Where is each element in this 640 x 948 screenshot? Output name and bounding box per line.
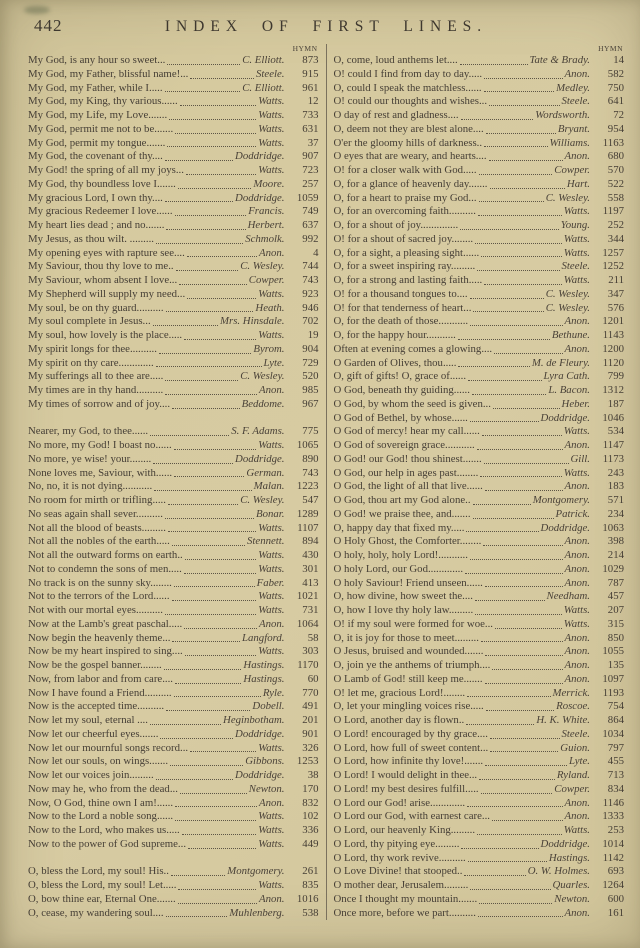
dot-leader <box>481 640 563 642</box>
first-line-text: My God, my King, thy various...... <box>28 95 178 109</box>
index-row: O, happy day that fixed my.....Doddridge… <box>334 522 625 536</box>
first-line-text: O! for a closer walk with God..... <box>334 164 477 178</box>
dot-leader <box>490 750 558 752</box>
first-line-text: Now at the Lamb's great paschal..... <box>28 618 182 632</box>
dot-leader <box>154 489 251 491</box>
index-row: O God, beneath thy guiding......L. Bacon… <box>334 384 625 398</box>
first-line-text: O, join ye the anthems of triumph.... <box>334 659 491 673</box>
index-row: Nearer, my God, to thee......S. F. Adams… <box>28 425 319 439</box>
hymn-number: 1064 <box>285 618 319 632</box>
first-line-text: O, gift of gifts! O, grace of...... <box>334 370 467 384</box>
hymn-number: 743 <box>285 467 319 481</box>
author-name: Watts. <box>564 618 590 632</box>
first-line-text: O! if my soul were formed for woe... <box>334 618 494 632</box>
first-line-text: O day of rest and gladness.... <box>334 109 459 123</box>
author-name: Watts. <box>258 329 284 343</box>
hymn-number: 600 <box>590 893 624 907</box>
index-row: None loves me, Saviour, with......German… <box>28 467 319 481</box>
hymn-number: 923 <box>285 288 319 302</box>
hymn-number: 637 <box>285 219 319 233</box>
dot-leader <box>178 902 257 904</box>
author-name: Watts. <box>258 879 284 893</box>
index-row: No more, ye wise! your........Doddridge.… <box>28 453 319 467</box>
hymn-number: 864 <box>590 714 624 728</box>
index-row: My spirit longs for thee..........Byrom.… <box>28 343 319 357</box>
first-line-text: O, it is joy for those to meet......... <box>334 632 479 646</box>
hymn-number: 344 <box>590 233 624 247</box>
first-line-text: O Lord our God! arise............. <box>334 797 466 811</box>
author-name: C. Wesley. <box>546 288 590 302</box>
author-name: Hastings. <box>243 673 284 687</box>
first-line-text: Not all the nobles of the earth..... <box>28 535 170 549</box>
hymn-number: 252 <box>590 219 624 233</box>
first-line-text: Not with our mortal eyes.......... <box>28 604 163 618</box>
author-name: Lyte. <box>569 755 590 769</box>
first-line-text: My spirit on thy care............. <box>28 357 154 371</box>
first-line-text: My God, thy boundless love I....... <box>28 178 176 192</box>
author-name: Cowper. <box>554 164 590 178</box>
index-row: O Lord! encouraged by thy grace....Steel… <box>334 728 625 742</box>
hymn-number: 449 <box>285 838 319 852</box>
first-line-text: Nearer, my God, to thee...... <box>28 425 148 439</box>
dot-leader <box>468 379 541 381</box>
author-name: Doddridge. <box>235 769 284 783</box>
dot-leader <box>174 695 261 697</box>
author-name: Byrom. <box>253 343 284 357</box>
first-line-text: No room for mirth or trifling..... <box>28 494 166 508</box>
author-name: Steele. <box>256 68 284 82</box>
first-line-text: O Lord our God, with earnest care... <box>334 810 491 824</box>
author-name: Watts. <box>564 247 590 261</box>
dot-leader <box>485 764 567 766</box>
author-name: M. de Fleury. <box>532 357 590 371</box>
author-name: Watts. <box>258 549 284 563</box>
first-line-text: Not all the outward forms on earth.. <box>28 549 183 563</box>
author-name: Steele. <box>562 728 590 742</box>
hymn-number: 1253 <box>285 755 319 769</box>
hymn-number: 799 <box>590 370 624 384</box>
first-line-text: O, for the happy hour........... <box>334 329 456 343</box>
first-line-text: O! could I find from day to day..... <box>334 68 483 82</box>
author-name: Needham. <box>547 590 590 604</box>
dot-leader <box>485 585 563 587</box>
author-name: O. W. Holmes. <box>528 865 590 879</box>
index-row: Not all the outward forms on earth..Watt… <box>28 549 319 563</box>
index-row: O, bow thine ear, Eternal One.......Anon… <box>28 893 319 907</box>
index-row: No room for mirth or trifling.....C. Wes… <box>28 494 319 508</box>
index-row-gap <box>28 852 319 866</box>
hymn-number: 1143 <box>590 329 624 343</box>
first-line-text: O God, thou art my God alone.. <box>334 494 471 508</box>
first-line-text: O Love Divine! that stooped.. <box>334 865 463 879</box>
index-row: O God, our help in ages past........Watt… <box>334 467 625 481</box>
first-line-text: O God, by whom the seed is given... <box>334 398 491 412</box>
index-row: O holy, holy, holy Lord!...........Anon.… <box>334 549 625 563</box>
hymn-number: 214 <box>590 549 624 563</box>
hymn-number: 1193 <box>590 687 624 701</box>
author-name: Francis. <box>248 205 284 219</box>
dot-leader <box>482 434 562 436</box>
index-row: O Holy Ghost, the Comforter........Anon.… <box>334 535 625 549</box>
hymn-number: 1021 <box>285 590 319 604</box>
dot-leader <box>165 517 254 519</box>
dot-leader <box>468 860 547 862</box>
hymn-number: 723 <box>285 164 319 178</box>
hymn-number: 733 <box>285 109 319 123</box>
index-row: Not all the blood of beasts.........Watt… <box>28 522 319 536</box>
dot-leader <box>484 77 562 79</box>
index-row: Now I have found a Friend..........Ryle.… <box>28 687 319 701</box>
index-row: O, for a shout of joy..............Young… <box>334 219 625 233</box>
author-name: Roscoe. <box>556 700 590 714</box>
first-line-text: My God, my Life, my Love....... <box>28 109 167 123</box>
index-row: O God of sovereign grace...........Anon.… <box>334 439 625 453</box>
dot-leader <box>484 283 561 285</box>
dot-leader <box>470 558 563 560</box>
first-line-text: My God! the spring of all my joys... <box>28 164 184 178</box>
first-line-text: O holy Saviour! Friend unseen...... <box>334 577 483 591</box>
hymn-number: 967 <box>285 398 319 412</box>
dot-leader <box>461 847 538 849</box>
author-name: Watts. <box>564 467 590 481</box>
dot-leader <box>479 902 552 904</box>
hymn-number: 1289 <box>285 508 319 522</box>
index-row: Now to the Lord a noble song......Watts.… <box>28 810 319 824</box>
author-name: Anon. <box>565 343 591 357</box>
author-name: Watts. <box>258 742 284 756</box>
first-line-text: O Lord! I would delight in thee... <box>334 769 478 783</box>
hymn-number: 832 <box>285 797 319 811</box>
dot-leader <box>180 792 247 794</box>
hymn-number: 1065 <box>285 439 319 453</box>
first-line-text: Now to the Lord a noble song...... <box>28 810 173 824</box>
index-row: O Lamb of God! still keep me.......Anon.… <box>334 673 625 687</box>
first-line-text: Now be the gospel banner........ <box>28 659 162 673</box>
index-row: Now begin the heavenly theme...Langford.… <box>28 632 319 646</box>
first-line-text: Now I have found a Friend.......... <box>28 687 172 701</box>
index-columns: HYMN My God, is any hour so sweet...C. E… <box>28 44 624 920</box>
dot-leader <box>165 393 257 395</box>
index-row: O mother dear, Jerusalem.........Quarles… <box>334 879 625 893</box>
index-row: O! for that tenderness of heart...C. Wes… <box>334 302 625 316</box>
index-row: O Lord, thy work revive..........Hasting… <box>334 852 625 866</box>
index-row: O Lord, thy pitying eye.........Doddridg… <box>334 838 625 852</box>
author-name: Anon. <box>565 577 591 591</box>
index-row: O God! we praise thee, and.......Patrick… <box>334 508 625 522</box>
dot-leader <box>168 503 238 505</box>
author-name: Young. <box>561 219 590 233</box>
dot-leader <box>166 709 250 711</box>
index-row: O holy Lord, our God.............Anon.10… <box>334 563 625 577</box>
author-name: Heginbotham. <box>223 714 284 728</box>
author-name: Anon. <box>565 907 591 921</box>
hymn-number: 1170 <box>285 659 319 673</box>
author-name: Watts. <box>258 109 284 123</box>
dot-leader <box>179 283 247 285</box>
dot-leader <box>150 723 221 725</box>
index-row: O Love Divine! that stooped..O. W. Holme… <box>334 865 625 879</box>
first-line-text: O Garden of Olives, thou..... <box>334 357 457 371</box>
dot-leader <box>172 544 245 546</box>
index-row: My sufferings all to thee are.....C. Wes… <box>28 370 319 384</box>
hymn-number: 520 <box>285 370 319 384</box>
dot-leader <box>165 379 238 381</box>
first-line-text: O Lord! my best desires fulfill..... <box>334 783 479 797</box>
first-line-text: My soul, be on thy guard.......... <box>28 302 164 316</box>
hymn-number: 538 <box>285 907 319 921</box>
author-name: Watts. <box>564 425 590 439</box>
hymn-number: 894 <box>285 535 319 549</box>
hymn-number: 547 <box>285 494 319 508</box>
index-row: My God, my King, thy various......Watts.… <box>28 95 319 109</box>
index-row: Now let my soul, eternal ....Heginbotham… <box>28 714 319 728</box>
hymn-number: 946 <box>285 302 319 316</box>
hymn-number: 201 <box>285 714 319 728</box>
dot-leader <box>477 269 559 271</box>
author-name: Herbert. <box>248 219 285 233</box>
author-name: Newton. <box>554 893 590 907</box>
hymn-number: 398 <box>590 535 624 549</box>
author-name: Heath. <box>255 302 284 316</box>
dot-leader <box>489 104 559 106</box>
dot-leader <box>166 915 228 917</box>
hymn-number: 835 <box>285 879 319 893</box>
index-row: No more, my God! I boast no......Watts.1… <box>28 439 319 453</box>
dot-leader <box>486 132 556 134</box>
hymn-number: 1107 <box>285 522 319 536</box>
hymn-number: 1046 <box>590 412 624 426</box>
dot-leader <box>166 310 254 312</box>
dot-leader <box>153 324 218 326</box>
dot-leader <box>165 613 256 615</box>
dot-leader <box>484 145 547 147</box>
dot-leader <box>184 338 256 340</box>
first-line-text: No track is on the sunny sky........ <box>28 577 172 591</box>
hymn-number: 904 <box>285 343 319 357</box>
author-name: C. Elliott. <box>242 82 284 96</box>
first-line-text: O God, the light of all that live...... <box>334 480 483 494</box>
index-column-left: HYMN My God, is any hour so sweet...C. E… <box>28 44 326 920</box>
index-row: O, for a glance of heavenly day.......Ha… <box>334 178 625 192</box>
author-name: C. Wesley. <box>546 302 590 316</box>
dot-leader <box>461 118 534 120</box>
index-row: Now to the power of God supreme...Watts.… <box>28 838 319 852</box>
index-row: Now is the accepted time..........Dobell… <box>28 700 319 714</box>
author-name: Doddridge. <box>541 522 590 536</box>
index-row: Now let our souls, on wings.......Gibbon… <box>28 755 319 769</box>
author-name: Anon. <box>565 150 591 164</box>
hymn-number: 749 <box>285 205 319 219</box>
dot-leader <box>188 847 256 849</box>
dot-leader <box>182 833 256 835</box>
author-name: Watts. <box>258 522 284 536</box>
dot-leader <box>156 242 243 244</box>
dot-leader <box>464 874 525 876</box>
index-row: O, bless the Lord, my soul! Let.....Watt… <box>28 879 319 893</box>
author-name: Muhlenberg. <box>229 907 284 921</box>
index-row: My God, my Father, blissful name!...Stee… <box>28 68 319 82</box>
first-line-text: My times of sorrow and of joy.... <box>28 398 170 412</box>
first-line-text: Not to condemn the sons of men..... <box>28 563 182 577</box>
index-row: O Jesus, bruised and wounded.......Anon.… <box>334 645 625 659</box>
author-name: Mrs. Hinsdale. <box>220 315 284 329</box>
index-row: O, come, loud anthems let....Tate & Brad… <box>334 54 625 68</box>
index-row: My God, permit my tongue.......Watts.37 <box>28 137 319 151</box>
author-name: Watts. <box>564 233 590 247</box>
first-line-text: O Lord, another day is flown.. <box>334 714 465 728</box>
index-row: O Garden of Olives, thou.....M. de Fleur… <box>334 357 625 371</box>
hymn-number: 183 <box>590 480 624 494</box>
hymn-number: 207 <box>590 604 624 618</box>
dot-leader <box>166 228 245 230</box>
hymn-number: 303 <box>285 645 319 659</box>
author-name: C. Wesley. <box>240 260 284 274</box>
dot-leader <box>475 599 545 601</box>
first-line-text: Now, O God, thine own I am!...... <box>28 797 173 811</box>
hymn-number: 834 <box>590 783 624 797</box>
index-row: My God, is any hour so sweet...C. Elliot… <box>28 54 319 68</box>
hymn-number: 582 <box>590 68 624 82</box>
dot-leader <box>160 737 233 739</box>
index-row: Now let our mournful songs record...Watt… <box>28 742 319 756</box>
hymn-number: 850 <box>590 632 624 646</box>
dot-leader <box>172 599 257 601</box>
first-line-text: O Holy Ghost, the Comforter........ <box>334 535 482 549</box>
first-line-text: My soul complete in Jesus... <box>28 315 151 329</box>
author-name: Bonar. <box>256 508 285 522</box>
hymn-number: 1014 <box>590 838 624 852</box>
dot-leader <box>167 145 256 147</box>
index-row: My soul, how lovely is the place.....Wat… <box>28 329 319 343</box>
hymn-number: 58 <box>285 632 319 646</box>
index-row: O, it is joy for those to meet.........A… <box>334 632 625 646</box>
index-row: My Jesus, as thou wilt. .........Schmolk… <box>28 233 319 247</box>
author-name: C. Elliott. <box>242 54 284 68</box>
first-line-text: O, bless the Lord, my soul! His.. <box>28 865 169 879</box>
index-row: O holy Saviour! Friend unseen......Anon.… <box>334 577 625 591</box>
index-row: My gracious Redeemer I love......Francis… <box>28 205 319 219</box>
hymn-number: 1059 <box>285 192 319 206</box>
author-name: Watts. <box>258 838 284 852</box>
dot-leader <box>478 214 562 216</box>
first-line-text: O, for a sweet inspiring ray......... <box>334 260 476 274</box>
hymn-number: 37 <box>285 137 319 151</box>
dot-leader <box>465 572 562 574</box>
index-row: Not with our mortal eyes..........Watts.… <box>28 604 319 618</box>
first-line-text: O holy Lord, our God............. <box>334 563 464 577</box>
first-line-text: My heart lies dead ; and no....... <box>28 219 164 233</box>
first-line-text: Now be my heart inspired to sing.... <box>28 645 183 659</box>
index-row-gap <box>28 412 319 426</box>
author-name: Watts. <box>564 274 590 288</box>
index-row: O! for a shout of sacred joy........Watt… <box>334 233 625 247</box>
hymn-number: 750 <box>590 82 624 96</box>
dot-leader <box>472 393 546 395</box>
index-row: My times are in thy hand..........Anon.9… <box>28 384 319 398</box>
index-row: Not to the terrors of the Lord......Watt… <box>28 590 319 604</box>
hymn-number: 187 <box>590 398 624 412</box>
author-name: Ryland. <box>557 769 590 783</box>
index-row: O Lord, our heavenly King.........Watts.… <box>334 824 625 838</box>
hymn-number: 1055 <box>590 645 624 659</box>
hymn-number: 534 <box>590 425 624 439</box>
first-line-text: Now let our voices join......... <box>28 769 154 783</box>
hymn-number: 1097 <box>590 673 624 687</box>
dot-leader <box>184 627 257 629</box>
hymn-number: 1200 <box>590 343 624 357</box>
first-line-text: O eyes that are weary, and hearts.... <box>334 150 487 164</box>
author-name: Medley. <box>556 82 590 96</box>
author-name: Doddridge. <box>235 192 284 206</box>
author-name: Anon. <box>565 632 591 646</box>
index-row: O, bless the Lord, my soul! His..Montgom… <box>28 865 319 879</box>
hymn-number: 731 <box>285 604 319 618</box>
dot-leader <box>489 159 563 161</box>
dot-leader <box>495 627 562 629</box>
author-name: Watts. <box>258 563 284 577</box>
first-line-text: O God of mercy! hear my call...... <box>334 425 480 439</box>
hymn-number: 961 <box>285 82 319 96</box>
first-line-text: O Jesus, bruised and wounded....... <box>334 645 484 659</box>
hymn-number: 1034 <box>590 728 624 742</box>
book-page: 442 INDEX OF FIRST LINES. HYMN My God, i… <box>0 0 640 948</box>
dot-leader <box>164 668 242 670</box>
hymn-number: 1252 <box>590 260 624 274</box>
hymn-number: 558 <box>590 192 624 206</box>
dot-leader <box>492 668 562 670</box>
first-line-text: Now is the accepted time.......... <box>28 700 164 714</box>
first-line-text: My sufferings all to thee are..... <box>28 370 163 384</box>
dot-leader <box>473 517 554 519</box>
index-row: My God, the covenant of thy....Doddridge… <box>28 150 319 164</box>
hymn-number: 1333 <box>590 810 624 824</box>
hymn-number: 570 <box>590 164 624 178</box>
hymn-number: 1029 <box>590 563 624 577</box>
first-line-text: Once more, before we part.......... <box>334 907 476 921</box>
author-name: Doddridge. <box>235 453 284 467</box>
first-line-text: Now let my soul, eternal .... <box>28 714 148 728</box>
first-line-text: My soul, how lovely is the place..... <box>28 329 182 343</box>
author-name: Anon. <box>565 439 591 453</box>
hymn-number: 1016 <box>285 893 319 907</box>
first-line-text: My gracious Redeemer I love...... <box>28 205 173 219</box>
first-line-text: None loves me, Saviour, with...... <box>28 467 172 481</box>
dot-leader <box>470 420 539 422</box>
dot-leader <box>153 462 233 464</box>
dot-leader <box>175 805 257 807</box>
author-name: C. Wesley. <box>546 192 590 206</box>
author-name: C. Wesley. <box>240 494 284 508</box>
index-row: O! for a thousand tongues to....C. Wesle… <box>334 288 625 302</box>
index-row: My Saviour, whom absent I love...Cowper.… <box>28 274 319 288</box>
index-row: No track is on the sunny sky........Fabe… <box>28 577 319 591</box>
author-name: Watts. <box>258 288 284 302</box>
dot-leader <box>174 585 255 587</box>
author-name: Lyte. <box>264 357 285 371</box>
author-name: Watts. <box>258 95 284 109</box>
hymn-number: 72 <box>590 109 624 123</box>
first-line-text: O! for a thousand tongues to.... <box>334 288 468 302</box>
dot-leader <box>165 159 233 161</box>
hymn-column-header: HYMN <box>334 44 625 53</box>
index-row: Now, O God, thine own I am!......Anon.83… <box>28 797 319 811</box>
hymn-number: 1257 <box>590 247 624 261</box>
author-name: Watts. <box>258 604 284 618</box>
author-name: Watts. <box>564 604 590 618</box>
first-line-text: O, bless the Lord, my soul! Let..... <box>28 879 176 893</box>
first-line-text: O, could I speak the matchless...... <box>334 82 482 96</box>
index-row: O! could our thoughts and wishes...Steel… <box>334 95 625 109</box>
